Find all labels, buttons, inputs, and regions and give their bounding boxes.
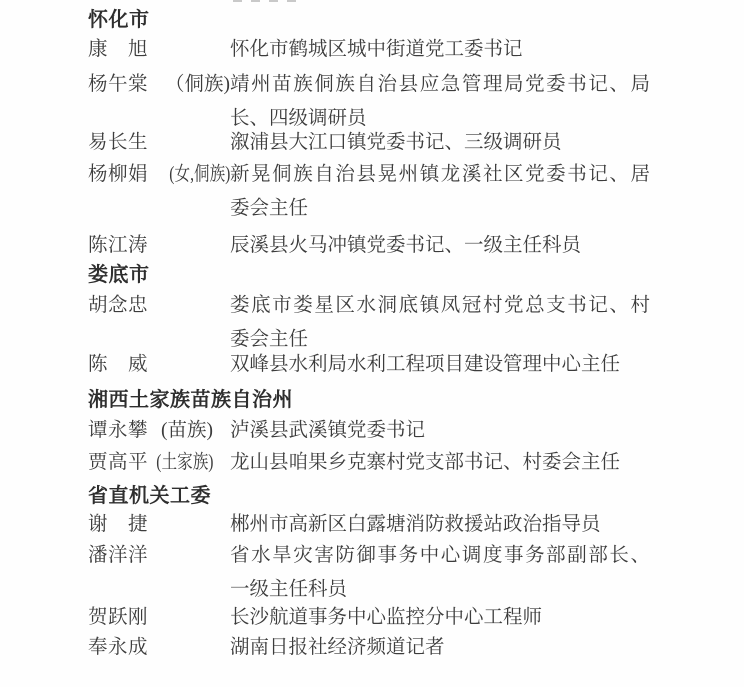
ethnic-annotation: (女,侗族) [169,158,230,192]
person-entry: 康 旭 怀化市鹤城区城中街道党工委书记 [88,33,650,67]
person-name: 奉永成 [88,631,148,665]
title-line: 双峰县水利局水利工程项目建设管理中心主任 [230,348,650,382]
person-title: 龙山县咱果乡克寨村党支部书记、村委会主任 [230,446,650,480]
section-heading-xiangxi: 湘西土家族苗族自治州 [88,383,293,417]
ethnic-annotation: （侗族) [165,68,230,102]
person-title: 溆浦县大江口镇党委书记、三级调研员 [230,126,650,160]
person-name: 贾高平 [88,446,148,480]
person-name: 康 旭 [88,33,148,67]
person-title: 新晃侗族自治县晃州镇龙溪社区党委书记、居 委会主任 [230,158,650,226]
person-entry: 贺跃刚 长沙航道事务中心监控分中心工程师 [88,601,650,635]
person-title: 双峰县水利局水利工程项目建设管理中心主任 [230,348,650,382]
person-name: 陈 威 [88,348,148,382]
person-entry: 潘洋洋 省水旱灾害防御事务中心调度事务部副部长、 一级主任科员 [88,539,650,607]
title-line: 靖州苗族侗族自治县应急管理局党委书记、局 [230,68,650,102]
title-line: 龙山县咱果乡克寨村党支部书记、村委会主任 [230,446,650,480]
person-title: 长沙航道事务中心监控分中心工程师 [230,601,650,635]
person-entry: 贾高平 (土家族) 龙山县咱果乡克寨村党支部书记、村委会主任 [88,446,650,480]
person-entry: 胡念忠 娄底市娄星区水洞底镇凤冠村党总支书记、村 委会主任 [88,289,650,357]
title-line: 长沙航道事务中心监控分中心工程师 [230,601,650,635]
title-line: 娄底市娄星区水洞底镇凤冠村党总支书记、村 [230,289,650,323]
ethnic-annotation: (苗族) [161,414,213,448]
person-entry: 陈江涛 辰溪县火马冲镇党委书记、一级主任科员 [88,229,650,263]
person-name: 谭永攀 [88,414,148,448]
person-name: 胡念忠 [88,289,148,323]
title-line: 委会主任 [230,192,650,226]
title-line: 辰溪县火马冲镇党委书记、一级主任科员 [230,229,650,263]
person-name: 潘洋洋 [88,539,148,573]
title-line: 溆浦县大江口镇党委书记、三级调研员 [230,126,650,160]
person-name: 杨柳娟 [88,158,148,192]
title-line: 湖南日报社经济频道记者 [230,631,650,665]
title-line: 郴州市高新区白露塘消防救援站政治指导员 [230,508,650,542]
person-entry: 杨柳娟 (女,侗族) 新晃侗族自治县晃州镇龙溪社区党委书记、居 委会主任 [88,158,650,226]
person-name: 贺跃刚 [88,601,148,635]
person-entry: 谭永攀 (苗族) 泸溪县武溪镇党委书记 [88,414,650,448]
person-title: 泸溪县武溪镇党委书记 [230,414,650,448]
person-title: 湖南日报社经济频道记者 [230,631,650,665]
person-entry: 谢 捷 郴州市高新区白露塘消防救援站政治指导员 [88,508,650,542]
person-name: 易长生 [88,126,148,160]
person-entry: 奉永成 湖南日报社经济频道记者 [88,631,650,665]
person-name: 杨午棠 [88,68,148,102]
person-name: 谢 捷 [88,508,148,542]
title-line: 新晃侗族自治县晃州镇龙溪社区党委书记、居 [230,158,650,192]
section-heading-loudi: 娄底市 [88,258,150,292]
person-entry: 陈 威 双峰县水利局水利工程项目建设管理中心主任 [88,348,650,382]
document-page: 怀化市 康 旭 怀化市鹤城区城中街道党工委书记 杨午棠 （侗族) 靖州苗族侗族自… [0,0,744,687]
title-line: 怀化市鹤城区城中街道党工委书记 [230,33,650,67]
person-title: 怀化市鹤城区城中街道党工委书记 [230,33,650,67]
person-title: 辰溪县火马冲镇党委书记、一级主任科员 [230,229,650,263]
person-title: 省水旱灾害防御事务中心调度事务部副部长、 一级主任科员 [230,539,650,607]
person-entry: 易长生 溆浦县大江口镇党委书记、三级调研员 [88,126,650,160]
title-line: 泸溪县武溪镇党委书记 [230,414,650,448]
ethnic-annotation: (土家族) [156,446,213,480]
cutoff-text-fragment [233,0,353,4]
title-line: 省水旱灾害防御事务中心调度事务部副部长、 [230,539,650,573]
person-title: 娄底市娄星区水洞底镇凤冠村党总支书记、村 委会主任 [230,289,650,357]
person-title: 郴州市高新区白露塘消防救援站政治指导员 [230,508,650,542]
section-heading-huaihua: 怀化市 [88,3,150,37]
